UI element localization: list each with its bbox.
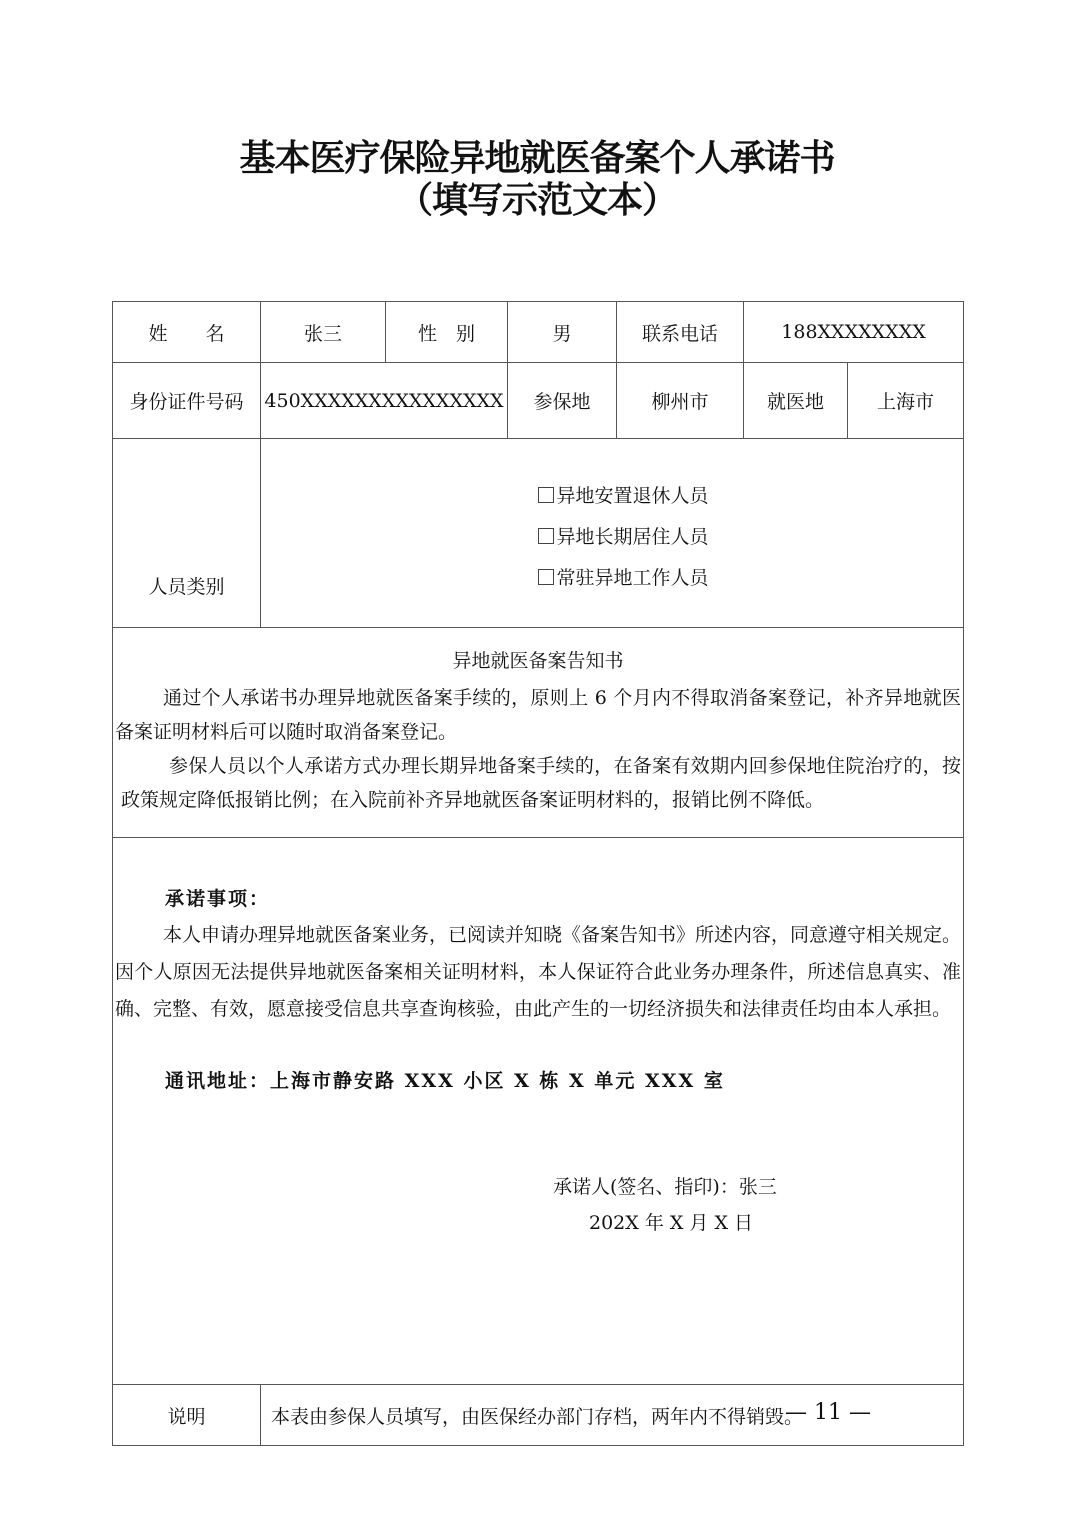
checkbox-icon[interactable] [538, 528, 554, 544]
page-number: — 11 — [785, 1400, 871, 1425]
gender-value[interactable]: 男 [508, 302, 617, 363]
checkbox-icon[interactable] [538, 569, 554, 585]
notice-title: 异地就医备案告知书 [115, 646, 961, 673]
treatment-place-value[interactable]: 上海市 [848, 363, 964, 439]
row-category: 人员类别 异地安置退休人员 异地长期居住人员 常驻异地工作人员 [113, 439, 964, 628]
notice-paragraph-1: 通过个人承诺书办理异地就医备案手续的，原则上 6 个月内不得取消备案登记，补齐异… [115, 681, 961, 749]
id-value[interactable]: 450XXXXXXXXXXXXXXX [261, 363, 508, 439]
category-label: 人员类别 [113, 439, 261, 628]
name-value[interactable]: 张三 [261, 302, 386, 363]
insured-place-value[interactable]: 柳州市 [617, 363, 744, 439]
pledge-section: 承诺事项： 本人申请办理异地就医备案业务，已阅读并知晓《备案告知书》所述内容，同… [113, 838, 964, 1385]
category-option-long-term-resident[interactable]: 异地长期居住人员 [283, 517, 963, 558]
option-label: 异地长期居住人员 [557, 526, 709, 548]
insured-place-label: 参保地 [508, 363, 617, 439]
category-label-text: 人员类别 [148, 576, 224, 598]
pledge-heading: 承诺事项： [115, 884, 961, 911]
category-option-retired[interactable]: 异地安置退休人员 [283, 476, 963, 517]
row-notice: 异地就医备案告知书 通过个人承诺书办理异地就医备案手续的，原则上 6 个月内不得… [113, 628, 964, 838]
signer[interactable]: 承诺人(签名、指印)：张三 [553, 1169, 961, 1205]
pledge-form-table: 姓 名 张三 性 别 男 联系电话 188XXXXXXXX 身份证件号码 450… [112, 301, 964, 1446]
row-id-info: 身份证件号码 450XXXXXXXXXXXXXXX 参保地 柳州市 就医地 上海… [113, 363, 964, 439]
option-label: 常驻异地工作人员 [557, 567, 709, 589]
pledge-body: 本人申请办理异地就医备案业务，已阅读并知晓《备案告知书》所述内容，同意遵守相关规… [115, 917, 961, 1028]
document-subtitle: （填写示范文本） [0, 172, 1074, 223]
category-options: 异地安置退休人员 异地长期居住人员 常驻异地工作人员 [261, 439, 964, 628]
checkbox-icon[interactable] [538, 487, 554, 503]
category-option-resident-worker[interactable]: 常驻异地工作人员 [283, 558, 963, 599]
notice-paragraph-2: 参保人员以个人承诺方式办理长期异地备案手续的，在备案有效期内回参保地住院治疗的，… [115, 749, 961, 817]
notice-section: 异地就医备案告知书 通过个人承诺书办理异地就医备案手续的，原则上 6 个月内不得… [113, 628, 964, 838]
option-label: 异地安置退休人员 [557, 485, 709, 507]
mailing-address[interactable]: 通讯地址：上海市静安路 XXX 小区 X 栋 X 单元 XXX 室 [115, 1066, 961, 1093]
signature-block: 承诺人(签名、指印)：张三 202X 年 X 月 X 日 [115, 1169, 961, 1241]
name-label: 姓 名 [113, 302, 261, 363]
sign-date[interactable]: 202X 年 X 月 X 日 [553, 1205, 961, 1241]
note-label: 说明 [113, 1385, 261, 1446]
phone-label: 联系电话 [617, 302, 744, 363]
row-basic-info: 姓 名 张三 性 别 男 联系电话 188XXXXXXXX [113, 302, 964, 363]
id-label: 身份证件号码 [113, 363, 261, 439]
treatment-place-label: 就医地 [744, 363, 848, 439]
phone-value[interactable]: 188XXXXXXXX [744, 302, 964, 363]
gender-label: 性 别 [386, 302, 508, 363]
row-pledge: 承诺事项： 本人申请办理异地就医备案业务，已阅读并知晓《备案告知书》所述内容，同… [113, 838, 964, 1385]
